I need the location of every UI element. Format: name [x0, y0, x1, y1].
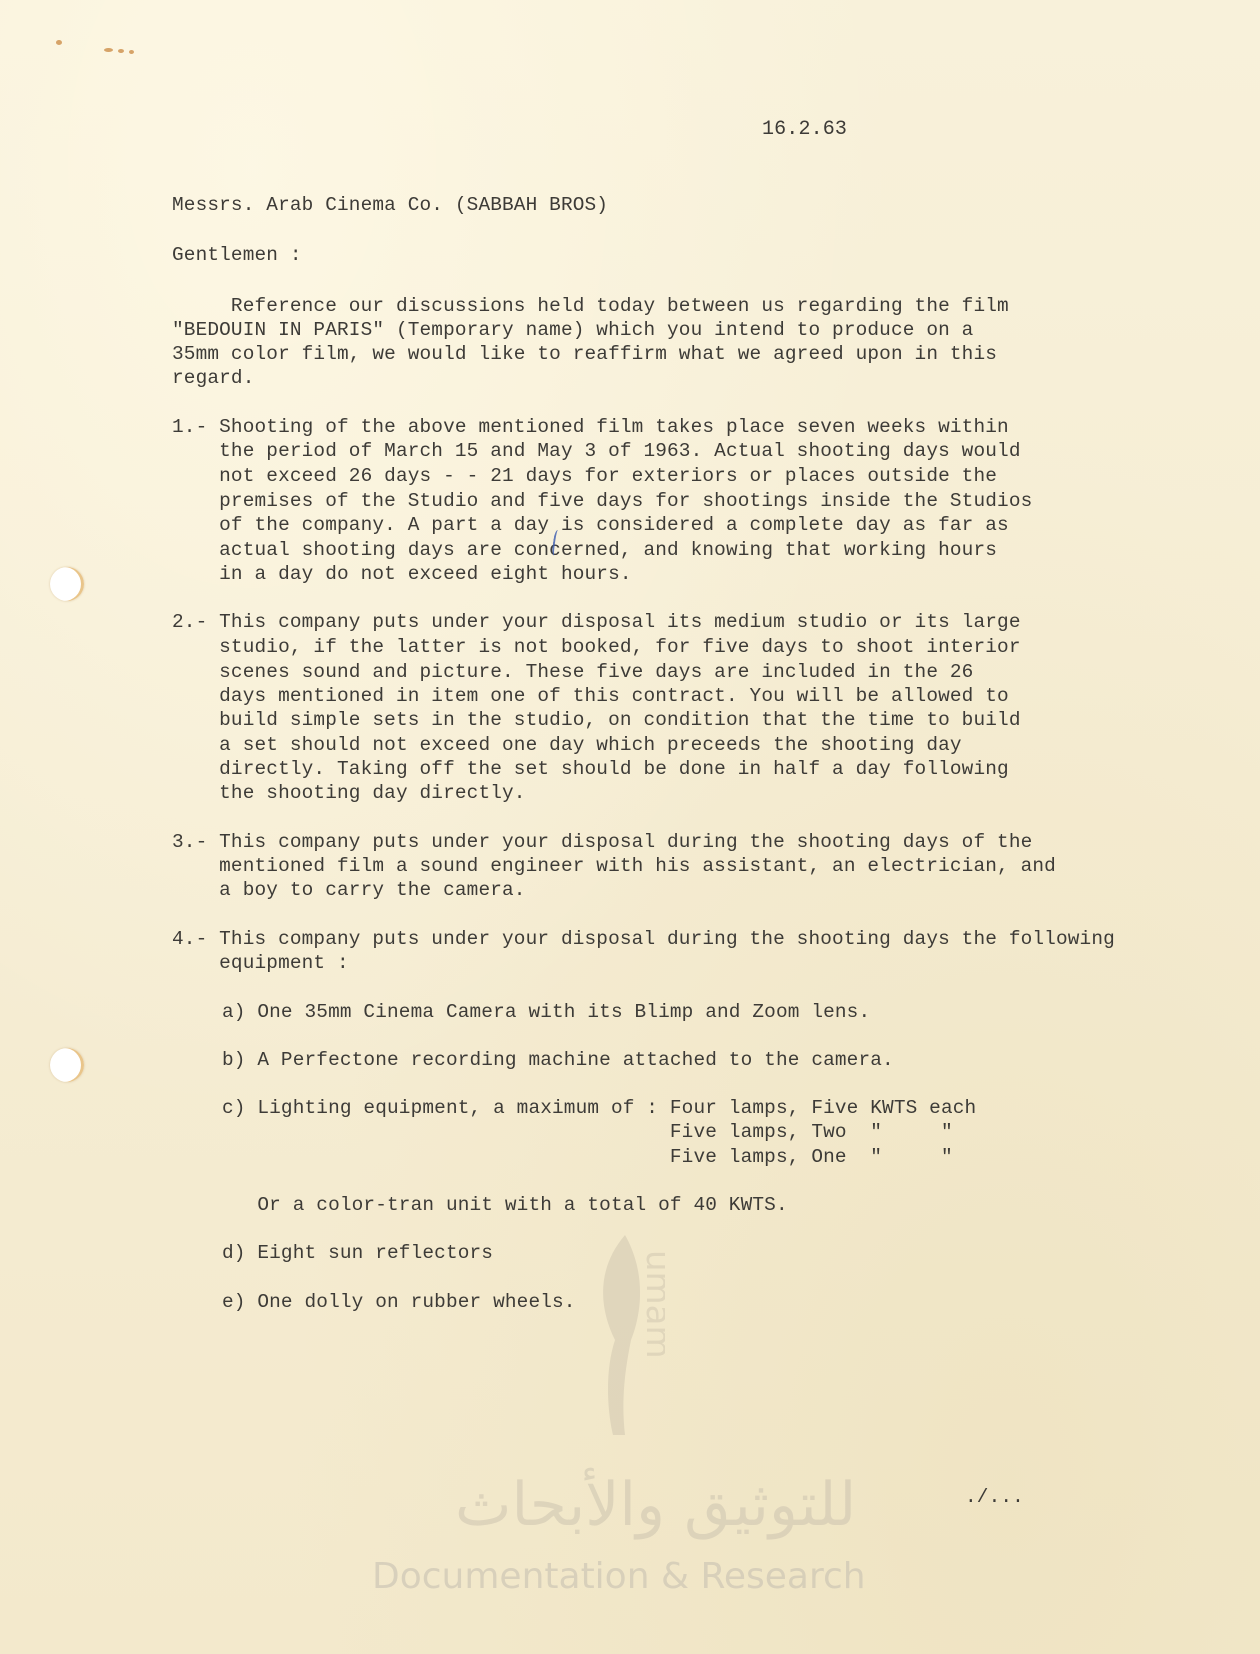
- clause-line: mentioned film a sound engineer with his…: [172, 854, 1056, 878]
- watermark-latin: Documentation & Research: [372, 1556, 866, 1597]
- clause-line: 2.- This company puts under your disposa…: [172, 610, 1021, 634]
- clause-line: in a day do not exceed eight hours.: [172, 562, 632, 586]
- punch-hole-top: [50, 567, 84, 601]
- clause-line: 4.- This company puts under your disposa…: [172, 927, 1115, 951]
- punch-hole-bottom: [50, 1048, 84, 1082]
- clause-line: studio, if the latter is not booked, for…: [172, 635, 1021, 659]
- watermark-arabic: للتوثيق والأبحاث: [455, 1470, 856, 1540]
- clause-line: a boy to carry the camera.: [172, 878, 526, 902]
- intro-line: "BEDOUIN IN PARIS" (Temporary name) whic…: [172, 318, 973, 342]
- clause-line: build simple sets in the studio, on cond…: [172, 708, 1021, 732]
- clause-line: the period of March 15 and May 3 of 1963…: [172, 439, 1021, 463]
- letter-date: 16.2.63: [762, 118, 847, 142]
- clause-line: actual shooting days are concerned, and …: [172, 538, 997, 562]
- rust-stain: [104, 48, 113, 52]
- clause-line: a set should not exceed one day which pr…: [172, 733, 962, 757]
- watermark-logo-icon: umam: [585, 1230, 665, 1440]
- rust-stain: [118, 49, 124, 53]
- clause-line: directly. Taking off the set should be d…: [172, 757, 1009, 781]
- equipment-item-c-cont: Five lamps, One " ": [222, 1145, 953, 1169]
- intro-line: regard.: [172, 366, 255, 390]
- rust-stain: [129, 50, 134, 54]
- equipment-item-d: d) Eight sun reflectors: [222, 1241, 493, 1265]
- equipment-item-c-alt: Or a color-tran unit with a total of 40 …: [222, 1193, 788, 1217]
- equipment-item-a: a) One 35mm Cinema Camera with its Blimp…: [222, 1000, 870, 1024]
- clause-line: equipment :: [172, 951, 349, 975]
- rust-stain: [56, 40, 62, 45]
- equipment-item-c: c) Lighting equipment, a maximum of : Fo…: [222, 1096, 976, 1120]
- equipment-item-e: e) One dolly on rubber wheels.: [222, 1290, 576, 1314]
- continuation-mark: ./...: [965, 1485, 1024, 1509]
- clause-line: of the company. A part a day is consider…: [172, 513, 1009, 537]
- intro-line: 35mm color film, we would like to reaffi…: [172, 342, 997, 366]
- clause-line: scenes sound and picture. These five day…: [172, 660, 973, 684]
- clause-line: 1.- Shooting of the above mentioned film…: [172, 415, 1009, 439]
- equipment-item-b: b) A Perfectone recording machine attach…: [222, 1048, 894, 1072]
- clause-line: not exceed 26 days - - 21 days for exter…: [172, 464, 997, 488]
- intro-line: Reference our discussions held today bet…: [172, 294, 1009, 318]
- equipment-item-c-cont: Five lamps, Two " ": [222, 1120, 953, 1144]
- addressee: Messrs. Arab Cinema Co. (SABBAH BROS): [172, 193, 608, 217]
- clause-line: days mentioned in item one of this contr…: [172, 684, 1009, 708]
- salutation: Gentlemen :: [172, 243, 302, 267]
- clause-line: 3.- This company puts under your disposa…: [172, 830, 1032, 854]
- svg-text:umam: umam: [638, 1250, 665, 1359]
- clause-line: the shooting day directly.: [172, 781, 526, 805]
- clause-line: premises of the Studio and five days for…: [172, 489, 1032, 513]
